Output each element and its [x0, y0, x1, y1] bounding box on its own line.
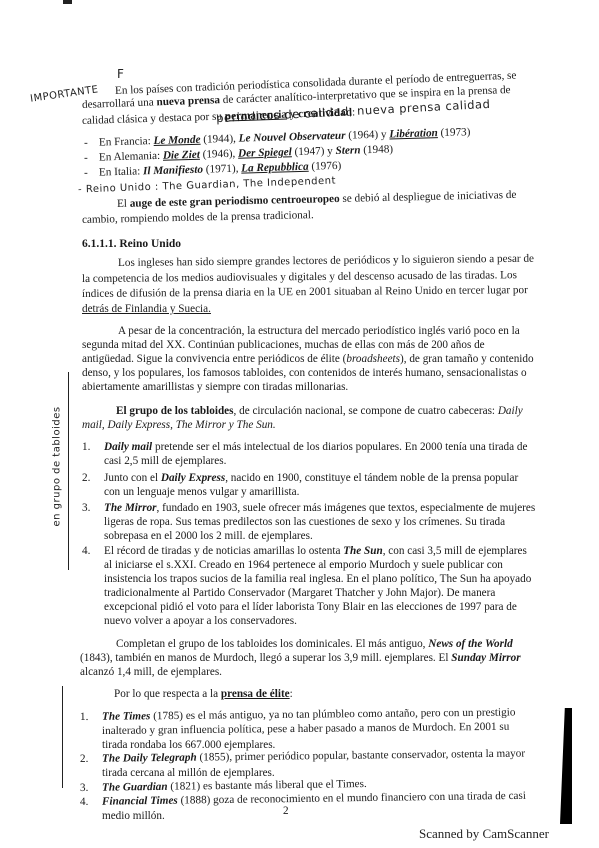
p2-line-4: denso, y los populares, los famosos tabl…	[82, 366, 527, 380]
margin-bracket-tabloids	[68, 372, 69, 570]
tabloid-item-3-cont-1: ligeras de ropa. Sus temas predilectos s…	[104, 515, 505, 529]
tabloid-item-4-cont-1: al iniciarse el s.XXI. Creado en 1964 pe…	[104, 558, 503, 572]
tabloid-item-3-cont-2: sobrepasa en el 2000 los 2 mill. de ejem…	[104, 529, 313, 543]
elite-item-4-cont: medio millón.	[102, 809, 165, 823]
p2-line-5: abiertamente amarillistas y siempre con …	[82, 380, 348, 394]
p2-line-1: A pesar de la concentración, la estructu…	[118, 324, 520, 338]
page-number: 2	[283, 804, 289, 818]
tabloid-item-4: 4.El récord de tiradas y de noticias ama…	[82, 544, 527, 558]
scan-artifact-mark	[63, 0, 72, 4]
dominicales-line-2: (1843), también en manos de Murdoch, lle…	[80, 651, 521, 665]
tabloid-item-3: 3.The Mirror, fundado en 1903, suele ofr…	[82, 501, 535, 515]
handwritten-mark: F	[117, 67, 124, 81]
tabloid-item-4-cont-3: tradicionalmente al Partido Conservador …	[104, 586, 495, 600]
tabloid-item-2-cont: con un lenguaje menos vulgar y amarillis…	[104, 485, 299, 499]
tabloid-item-4-cont-2: insistencia los trapos sucios de la fami…	[104, 572, 531, 586]
p1-line-4: detrás de Finlandia y Suecia.	[82, 302, 211, 316]
tabloid-item-1-cont: casi 2,5 mill de ejemplares.	[104, 454, 226, 468]
p1-line-3: índices de difusión de la prensa diaria …	[82, 283, 528, 301]
margin-bracket-elite	[62, 686, 63, 788]
tabloid-item-4-cont-5: nuevo volver a apoyar a los conservadore…	[104, 614, 297, 628]
tabloid-item-2: 2.Junto con el Daily Express, nacido en …	[82, 471, 518, 485]
dominicales-line-3: alcanzó 1,4 mill, de ejemplares.	[80, 665, 222, 679]
section-heading: 6.1.1.1. Reino Unido	[82, 238, 181, 250]
scan-edge-shadow	[560, 708, 572, 824]
tabloid-item-4-cont-4: excepcional pidió el voto para el líder …	[104, 600, 517, 614]
tabloid-intro-line-2: mail, Daily Express, The Mirror y The Su…	[82, 418, 276, 432]
scanned-page: IMPORTANTE F periodicos de calidad, nuev…	[0, 0, 599, 848]
p2-line-2: segunda mitad del XX. Continúan publicac…	[82, 338, 485, 352]
camscanner-watermark: Scanned by CamScanner	[419, 826, 549, 842]
tabloid-intro-line-1: El grupo de los tabloides, de circulació…	[116, 404, 523, 418]
dominicales-line-1: Completan el grupo de los tabloides los …	[116, 637, 513, 651]
elite-item-1-cont-1: inalterado y gran influencia política, p…	[102, 720, 509, 738]
tabloid-item-1: 1.Daily mail pretende ser el más intelec…	[82, 440, 527, 454]
p1-line-1: Los ingleses han sido siempre grandes le…	[118, 252, 534, 270]
handwritten-tabloid-note: en grupo de tabloides	[52, 377, 63, 527]
elite-intro: Por lo que respecta a la prensa de élite…	[114, 687, 293, 701]
p2-line-3: antigüedad. Sigue la convivencia entre p…	[82, 352, 534, 366]
